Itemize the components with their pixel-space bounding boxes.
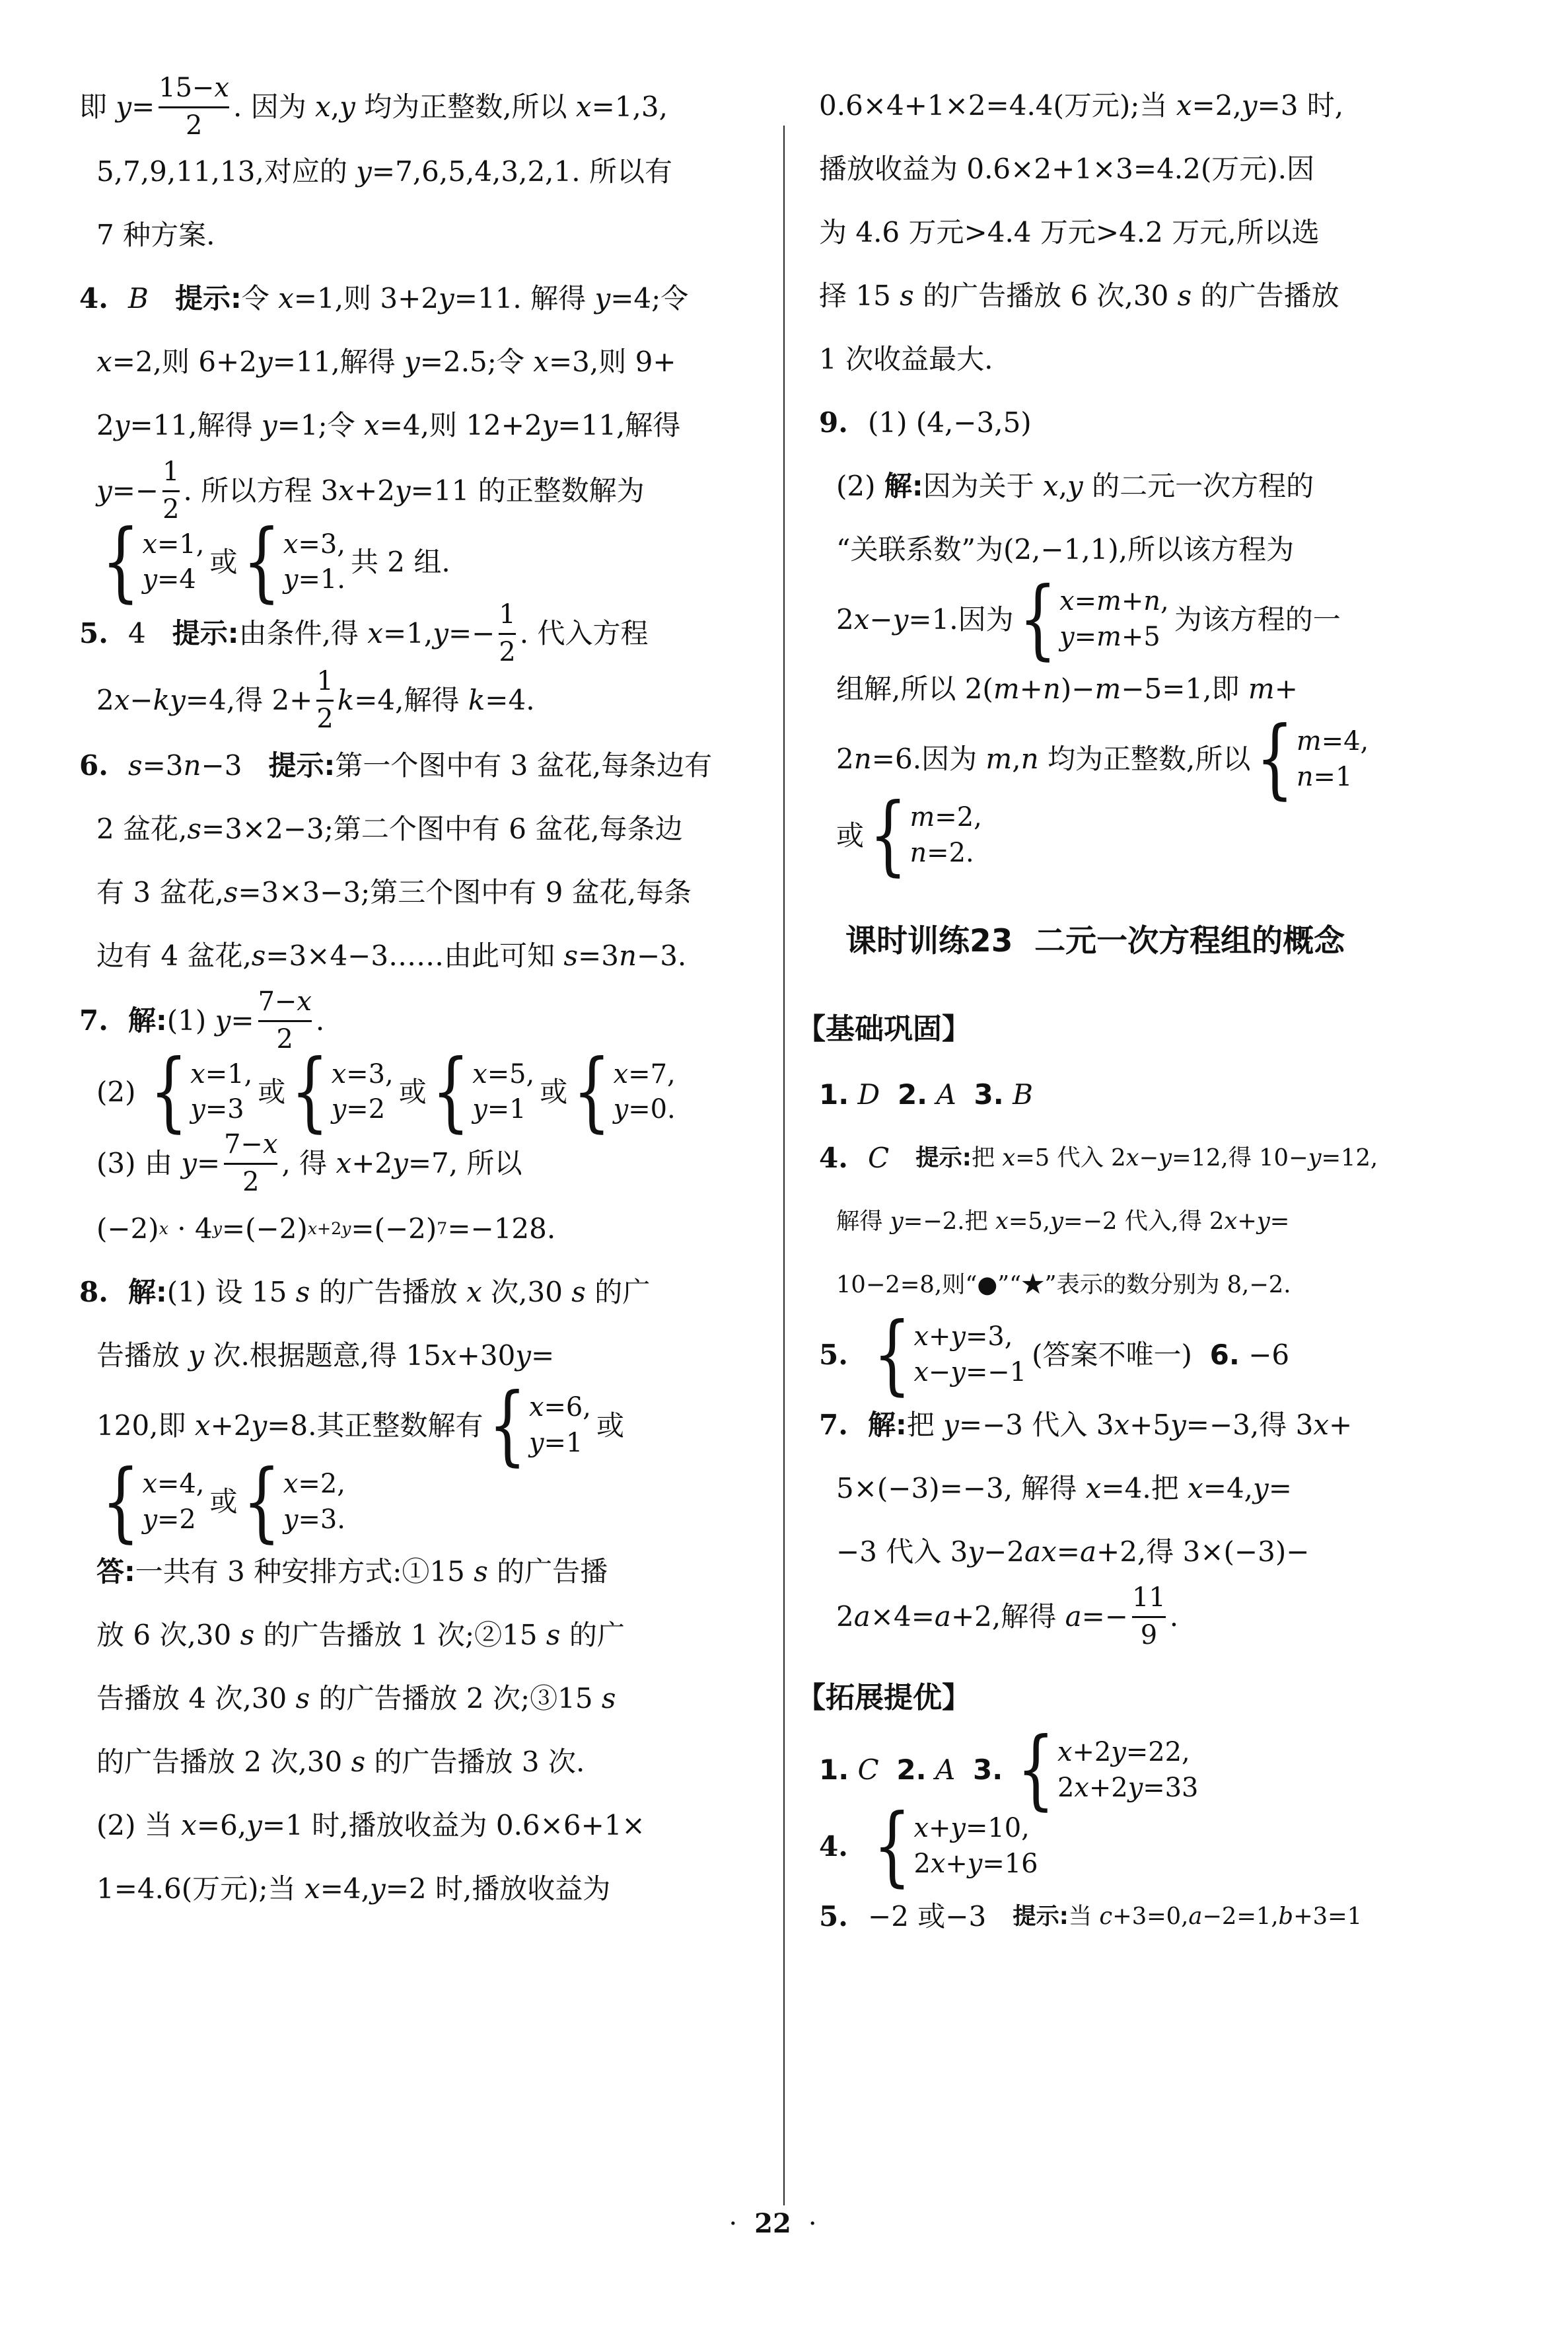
text-line: 为 4.6 万元>4.4 万元>4.2 万元,所以选 [819,201,1542,264]
text-run: 所以 [466,1146,522,1182]
text-run: 因为 [958,602,1014,638]
answer-item-line: 5.4 提示:由条件,得 x=1,y=−12. 代入方程 [79,601,773,667]
text-run: 盆花, [123,811,187,848]
cases-rows: x=7,y=0. [614,1057,676,1128]
text-run: 所以该方程为 [1127,532,1294,568]
text-run: 设 [215,1274,252,1311]
math-run: y=4; [594,281,660,317]
text-run: 组. [413,544,450,581]
math-run: −2 [868,1899,917,1935]
superscript: y [213,1218,222,1240]
text-run: 则 [429,408,466,444]
text-line: 5,7,9,11,13,对应的 y=7,6,5,4,3,2,1. 所以有 [79,141,773,204]
text-run: 盆花,每条边有 [537,748,712,784]
answer-item-line: 8.解:(1) 设 15 s 的广告播放 x 次,30 s 的广 [79,1261,773,1324]
fraction-numerator: 7−x [224,1130,277,1160]
text-line: 或{m=2,n=2. [819,797,1542,874]
cases-row: x=1, [190,1057,252,1093]
brace-glyph: { [869,793,907,879]
text-run: 第三个图中有 [370,875,545,911]
math-run: 2+ [271,683,312,719]
math-run: 12+2y=11, [466,408,625,444]
math-run: 2x−y=12, [1111,1143,1228,1173]
cases-rows: x=m+n,y=m+5 [1059,584,1169,655]
answer-item-line: 4.{x+y=10,2x+y=16 [819,1808,1542,1885]
math-run [1003,1752,1011,1789]
bold-label: 解: [868,1407,907,1444]
cases-group: {x=2,y=3. [242,1467,345,1538]
math-run: 2x−ky=4, [96,683,235,719]
math-run: 3 [227,1554,254,1590]
math-run: 3 [133,875,159,911]
math-run: 5×(−3)=−3, [836,1471,1021,1507]
text-run: 令 [242,281,278,317]
math-run: 10−y=12, [1259,1143,1378,1173]
cases-group: {x=5,y=1 [432,1057,534,1128]
fraction-bar [224,1163,277,1165]
text-run: 解得 [404,683,468,719]
cases-row: n=2. [909,836,981,871]
math-run: =−128. [447,1211,555,1247]
fraction: 7−x2 [224,1130,277,1197]
text-run: 时,播放收益为 [435,1871,610,1907]
text-run: 得 [1229,1143,1259,1173]
fraction-denominator: 2 [242,1168,259,1197]
text-run: 把 [1151,1471,1188,1507]
cases-row: x+2y=22, [1057,1735,1198,1771]
text-run: 时,播放收益为 [312,1808,496,1844]
math-run: 10−2=8, [836,1270,942,1300]
text-run: 当 [1069,1901,1099,1932]
text-line: 2n=6.因为 m,n 均为正整数,所以{m=4,n=1 [819,721,1542,798]
math-run: 7 [96,217,123,254]
text-line: 2 盆花,s=3×2−3;第二个图中有 6 盆花,每条边 [79,797,773,861]
text-run: 万元 [1040,215,1096,251]
math-run: 15 s [557,1681,616,1717]
text-run: 种方案. [123,217,215,254]
text-run: 解得 [836,1206,890,1237]
text-line: 的广告播放 2 次,30 s 的广告播放 3 次. [79,1731,773,1794]
math-run: 15 s [502,1617,569,1654]
math-run: x,y [1043,468,1092,505]
item-number: 5. [79,616,128,652]
math-run: s=3n−3. [563,938,686,975]
bold-label: 3. [974,1077,1004,1113]
text-line: 1 次收益最大. [819,328,1542,391]
math-run: 3x+5y=−3, [1096,1407,1260,1444]
math-run: B [128,281,175,317]
math-run: 120, [96,1408,159,1444]
math-run: x=1,y=− [367,616,495,652]
math-run: 8,−2. [1227,1270,1291,1300]
math-run: (2) [96,1074,145,1111]
text-line: 2a×4=a+2,解得 a=−119. [819,1584,1542,1650]
cases-row: x=4, [142,1467,204,1502]
answer-item-line: 7.解:把 y=−3 代入 3x+5y=−3,得 3x+ [819,1393,1542,1457]
math-run: y= [181,1146,220,1182]
cases-rows: x=3,y=2 [332,1057,394,1128]
math-run: 6+2y=11, [198,344,339,381]
text-run: 播放收益为 [819,151,966,188]
fraction-numerator: 7−x [258,988,312,1017]
math-run: 5,7,9,11,13, [96,154,264,190]
cases-rows: x+2y=22,2x+2y=33 [1057,1735,1198,1806]
text-run: 万元,所以选 [1172,215,1319,251]
math-run: x=2,y=3 [1176,88,1307,124]
text-line: 120,即 x+2y=8.其正整数解有{x=6,y=1或 [79,1387,773,1464]
math-run: 0.6×6+1× [496,1808,645,1844]
cases-rows: x=4,y=2 [142,1467,204,1538]
math-run: 4 [188,1681,215,1717]
text-line: 2x−ky=4,得 2+12k=4,解得 k=4. [79,667,773,734]
text-run: 其正整数解有 [316,1408,483,1444]
math-run: 2x−y=1. [836,602,958,638]
fraction-numerator: 1 [499,601,515,630]
math-run: −6 [1240,1337,1289,1374]
math-run: a=− [1065,1599,1128,1635]
cases-row: y=2 [142,1502,204,1538]
brace-glyph: { [150,1049,188,1136]
bold-label: 解: [884,468,923,505]
brace-glyph: { [242,1459,280,1545]
bold-label: 2. [898,1077,927,1113]
math-run: 3+2y=11. [380,281,530,317]
answer-item-line: 4.C 提示:把 x=5 代入 2x−y=12,得 10−y=12, [819,1126,1542,1190]
math-run: 1=4.6 [96,1871,182,1907]
math-run: x=5,y=−2 [995,1206,1125,1237]
math-run: s=3×2−3; [187,811,333,848]
math-run: · 4 [168,1211,213,1247]
math-run: >4.2 [1096,215,1172,251]
math-run: 2 [96,811,123,848]
item-number: 6. [79,748,128,784]
bold-label: 解: [128,1274,167,1311]
cases-row: 2x+2y=33 [1057,1771,1198,1806]
math-run: x=4, [364,408,429,444]
math-run: 15x+30y= [406,1338,555,1374]
text-run: 解得 [1001,1599,1065,1635]
cases-row: y=1 [472,1092,534,1128]
math-run: (1) [167,1274,215,1311]
cases-rows: x=1,y=3 [190,1057,252,1128]
cases-group: {x=3,y=2 [291,1057,393,1128]
text-run: 代入 [886,1534,950,1570]
text-line: (2) 解:因为关于 x,y 的二元一次方程的 [819,455,1542,518]
text-run: 或 [836,818,864,854]
cases-group: {x=6,y=1 [489,1390,591,1461]
cases-row: x=6, [529,1390,591,1426]
text-run: 盆花, [159,875,223,911]
answer-item-line: 9.(1) (4,−3,5) [819,391,1542,455]
text-line: {x=1,y=4或{x=3,y=1.共 2 组. [79,525,773,601]
cases-rows: x+y=10,2x+y=16 [913,1811,1038,1882]
text-line: 答:一共有 3 种安排方式:①15 s 的广告播 [79,1541,773,1604]
text-run: 的广告播放 [923,278,1070,314]
math-run: 6 [509,811,535,848]
text-line: 放 6 次,30 s 的广告播放 1 次;②15 s 的广 [79,1604,773,1668]
text-run: 第一个图中有 [335,748,510,784]
text-line: 2x−y=1.因为{x=m+n,y=m+5为该方程的一 [819,581,1542,658]
cases-row: x=1, [142,527,204,563]
text-run: 次, [270,1744,306,1781]
math-run: 9+ [635,344,676,381]
cases-row: y=2 [332,1092,394,1128]
superscript: 7 [437,1218,447,1240]
text-run: 因为 [921,741,985,778]
fraction: 119 [1132,1584,1166,1650]
brace-glyph: { [489,1383,526,1469]
math-run: c+3=0,a−2=1,b+3=1 [1099,1901,1362,1932]
text-run: (万元).因 [1201,151,1314,188]
text-run: 因为关于 [923,468,1043,505]
text-line: x=2,则 6+2y=11,解得 y=2.5;令 x=3,则 9+ [79,331,773,394]
cases-row: x=2, [283,1467,345,1502]
fraction-bar [258,1020,312,1022]
text-run: 因为 [251,89,315,126]
text-run: 次, [491,1274,527,1311]
text-run: 边有 [96,938,160,975]
math-run: , [281,1146,299,1182]
text-run: 的广 [594,1274,650,1311]
text-line: 择 15 s 的广告播放 6 次,30 s 的广告播放 [819,264,1542,328]
math-run: 3x+ [1296,1407,1353,1444]
text-line: {x=4,y=2或{x=2,y=3. [79,1464,773,1541]
text-run: 放 [96,1617,133,1654]
math-run: s=3×3−3; [224,875,370,911]
math-run: x=4,y= [1188,1471,1292,1507]
text-run: 次, [1097,278,1133,314]
math-run: C [849,1752,896,1789]
cases-row: x=7, [614,1057,676,1093]
answer-item-line: 5.−2 或−3 提示:当 c+3=0,a−2=1,b+3=1 [819,1885,1542,1948]
math-run: 3×(−3)− [1183,1534,1310,1570]
cases-group: {m=2,n=2. [869,800,982,871]
math-run: 15 s [252,1274,319,1311]
math-run: 9 [546,875,572,911]
text-run: 告播放 [96,1338,188,1374]
math-run: . [520,616,538,652]
math-run: m,n [985,741,1048,778]
fraction-numerator: 11 [1132,1584,1166,1613]
cases-group: {x=4,y=2 [102,1467,204,1538]
text-run: 种安排方式:① [254,1554,429,1590]
text-run: 由 [145,1146,181,1182]
text-line: “关联系数”为(2,−1,1),所以该方程为 [819,518,1542,581]
text-line: 2y=11,解得 y=1;令 x=4,则 12+2y=11,解得 [79,394,773,458]
cases-row: x−y=−1 [913,1355,1026,1391]
brace-glyph: { [1019,576,1057,663]
text-run: 一共有 [135,1554,227,1590]
math-run: . [233,89,251,126]
item-number: 8. [79,1274,128,1311]
text-run: 盆花, [187,938,251,975]
text-run: 得 [235,683,271,719]
math-run: x+2y=7, [336,1146,467,1182]
text-run: 次;② [437,1617,502,1654]
cases-group: {x+2y=22,2x+2y=33 [1017,1735,1199,1806]
cases-rows: m=4,n=1 [1297,724,1369,795]
fraction-denominator: 9 [1141,1621,1157,1650]
text-run: 次, [215,1681,251,1717]
text-run: 的广告播放 [319,1274,466,1311]
text-run: 所以有 [589,154,672,190]
math-run: y [188,1338,213,1374]
fraction-numerator: 15−x [159,74,229,103]
text-run: 盆花,每条 [572,875,692,911]
bold-label: 6. [1210,1337,1240,1374]
text-run: ……由此可知 [388,938,563,975]
fraction-denominator: 2 [186,112,202,141]
text-run: 则 [343,281,380,317]
math-run: m+ [1248,671,1298,708]
text-line: 告播放 4 次,30 s 的广告播放 2 次;③15 s [79,1668,773,1731]
math-run: x=3, [533,344,598,381]
math-run: x [466,1274,491,1311]
math-run: 2n=6. [836,741,921,778]
bold-label: 【拓展提优】 [797,1679,971,1716]
math-run: 2x+y= [1209,1206,1289,1237]
math-run: 2 [466,1681,493,1717]
column-divider [783,126,785,2205]
answer-item-line: 6.s=3n−3 提示:第一个图中有 3 盆花,每条边有 [79,734,773,797]
math-run: y=−2. [890,1206,965,1237]
math-run: 0.6×2+1×3=4.2 [966,151,1201,188]
math-run: (−2) [96,1211,159,1247]
text-line: 10−2=8,则“●”“★”表示的数分别为 8,−2. [819,1253,1542,1317]
text-line: 即 y=15−x2. 因为 x,y 均为正整数,所以 x=1,3, [79,74,773,141]
cases-row: x=5, [472,1057,534,1093]
fraction-bar [316,700,333,702]
cases-rows: x=6,y=1 [529,1390,591,1461]
cases-row: y=1 [529,1426,591,1461]
math-run: 30 s [307,1744,374,1781]
cases-group: {m=4,n=1 [1256,724,1369,795]
text-line: 有 3 盆花,s=3×3−3;第三个图中有 9 盆花,每条 [79,861,773,924]
math-run: x=1,3, [576,89,668,126]
math-run: x=2, [96,344,162,381]
math-run: 2 [387,544,413,581]
bold-label: 提示: [172,616,239,652]
fraction-bar [162,490,179,492]
text-run: 组解,所以 [836,671,965,708]
text-run: 或 [258,1074,285,1111]
cases-row: y=m+5 [1059,620,1169,655]
text-run: 的正整数解为 [478,473,645,509]
text-run: 或 [596,1408,624,1444]
fraction: 12 [499,601,515,667]
math-run: =(−2) [351,1211,437,1247]
text-run: 次, [159,1617,196,1654]
math-run: x=1, [278,281,343,317]
text-run: 代入 [1032,1407,1096,1444]
text-line: 5×(−3)=−3, 解得 x=4.把 x=4,y= [819,1457,1542,1520]
text-run: “关联系数”为 [836,532,1003,568]
text-run: 解得 [530,281,594,317]
text-run: 把 [907,1407,943,1444]
text-run: 有 [96,875,133,911]
bold-label: 提示: [175,281,242,317]
text-run: 代入 [1057,1143,1111,1173]
math-run: . [184,473,201,509]
math-run: A [927,1077,974,1113]
math-run: 2y=11, [96,408,197,444]
math-run: 1 [411,1617,437,1654]
math-run: B [1004,1077,1033,1113]
text-run: (答案不唯一) [1032,1337,1209,1374]
text-run: (万元);当 [182,1871,304,1907]
item-number: 5. [819,1899,868,1935]
math-run: x=5 [1002,1143,1057,1173]
text-run: 解得 [340,344,404,381]
math-run: −3 [836,1534,886,1570]
math-run: C [868,1140,915,1177]
brace-glyph: { [1256,716,1293,803]
text-line: 播放收益为 0.6×2+1×3=4.2(万元).因 [819,137,1542,201]
text-line: 1. C 2. A 3. {x+2y=22,2x+2y=33 [819,1732,1542,1809]
text-line: (2) 当 x=6,y=1 时,播放收益为 0.6×6+1× [79,1794,773,1858]
text-run: 的广告播放 [374,1744,522,1781]
item-number: 7. [79,1003,128,1039]
bold-label: 提示: [1013,1901,1069,1932]
cases-row: 2x+y=16 [913,1847,1038,1882]
math-run: (2,−1,1), [1003,532,1127,568]
text-run: (万元);当 [1053,88,1176,124]
math-run: 30 s [196,1617,264,1654]
cases-row: y=0. [614,1092,676,1128]
brace-glyph: { [102,1459,139,1545]
text-run: 择 [819,278,855,314]
math-run: 4 [128,616,172,652]
text-line: 解得 y=−2.把 x=5,y=−2 代入,得 2x+y= [819,1190,1542,1253]
text-line: −3 代入 3y−2ax=a+2,得 3×(−3)− [819,1520,1542,1584]
left-column: 即 y=15−x2. 因为 x,y 均为正整数,所以 x=1,3,5,7,9,1… [79,74,773,1921]
section-header-line: 【拓展提优】 [797,1664,1542,1732]
cases-row: x=3, [283,527,345,563]
brace-glyph: { [432,1049,470,1136]
cases-rows: x=2,y=3. [283,1467,345,1538]
math-run: (2) [96,1808,145,1844]
math-run: . [1170,1599,1178,1635]
math-run: 3 [522,1744,548,1781]
text-run: 解得 [197,408,261,444]
text-run: 的广告播放 [1201,278,1339,314]
brace-glyph: { [102,519,139,606]
math-run: 0.6×4+1×2=4.4 [819,88,1053,124]
item-number: 4. [79,281,128,317]
text-run: 则 [162,344,198,381]
text-run: 时, [1307,88,1343,124]
text-run: 的广告播 [497,1554,608,1590]
math-run: =(−2) [222,1211,308,1247]
text-run: 的广告播放 [264,1617,411,1654]
text-run: 则 [598,344,635,381]
text-run: 当 [145,1808,181,1844]
bold-label: 1. [819,1077,849,1113]
text-run: 令 [497,344,533,381]
bold-label: 课时训练23 二元一次方程组的概念 [845,921,1345,961]
math-run: 15 s [855,278,923,314]
cases-group: {x=m+n,y=m+5 [1019,584,1169,655]
cases-group: {x=3,y=1. [242,527,345,599]
math-run: 4 [160,938,187,975]
math-run: 3y−2ax=a+2, [950,1534,1147,1570]
math-run: (1) y= [167,1003,254,1039]
math-run: 30 s [1133,278,1201,314]
cases-rows: x=1,y=4 [142,527,204,599]
bold-label: 1. [819,1752,849,1789]
text-run: 代入,得 [1125,1206,1209,1237]
text-run: 的二元一次方程的 [1092,468,1314,505]
